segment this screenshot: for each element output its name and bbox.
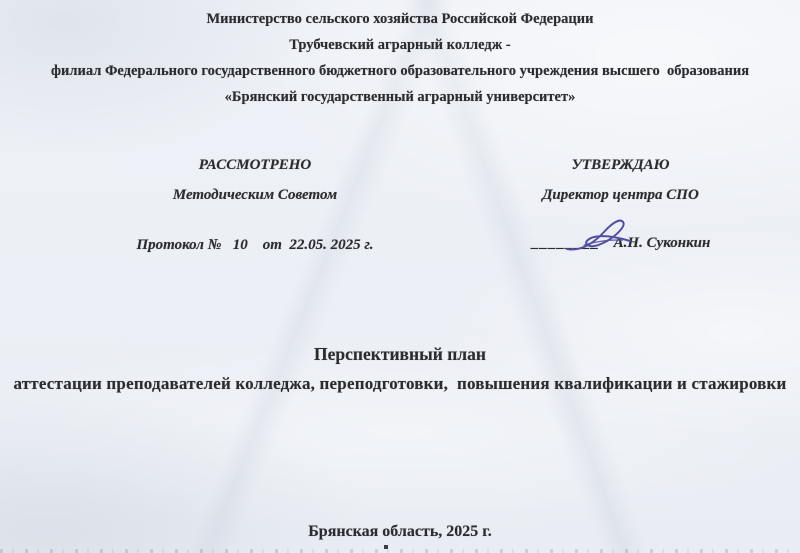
header-line-ministry: Министерство сельского хозяйства Российс…	[0, 6, 800, 32]
protocol-line: Протокол № 10 от 22.05. 2025 г.	[105, 236, 405, 254]
header-line-college: Трубчевский аграрный колледж -	[0, 32, 800, 58]
reviewed-block: РАССМОТРЕНО Методическим Советом Протоко…	[105, 156, 405, 254]
reviewed-body: Методическим Советом	[105, 186, 405, 204]
signature-underline: ________	[531, 235, 599, 251]
document-title: Перспективный план	[0, 344, 800, 365]
document-subtitle: аттестации преподавателей колледжа, пере…	[0, 374, 800, 394]
header-line-university: «Брянский государственный аграрный униве…	[0, 84, 800, 110]
reviewed-title: РАССМОТРЕНО	[105, 156, 405, 174]
approved-body: Директор центра СПО	[478, 186, 763, 204]
header-line-branch: филиал Федерального государственного бюд…	[0, 58, 800, 84]
scan-speck	[384, 545, 388, 549]
signer-name: А.Н. Суконкин	[614, 235, 711, 251]
approved-block: УТВЕРЖДАЮ Директор центра СПО ________ А…	[478, 156, 763, 252]
approved-title: УТВЕРЖДАЮ	[478, 156, 763, 174]
scanned-document-page: Министерство сельского хозяйства Российс…	[0, 0, 800, 553]
scan-cutoff-artifact	[0, 549, 800, 553]
spacer	[602, 235, 610, 251]
document-header: Министерство сельского хозяйства Российс…	[0, 6, 800, 110]
footer-region-year: Брянская область, 2025 г.	[0, 523, 800, 541]
signature-row: ________ А.Н. Суконкин	[478, 234, 763, 252]
